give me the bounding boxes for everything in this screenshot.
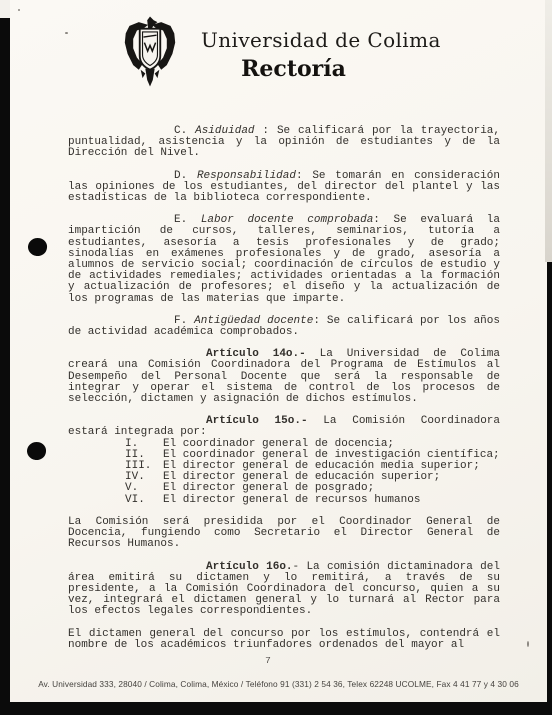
para-responsabilidad: D. Responsabilidad: Se tomarán en consid…	[68, 171, 500, 205]
scan-speck	[527, 641, 529, 647]
text-segment: Artículo 16o.	[206, 561, 293, 573]
list-item: V.El director general de posgrado;	[125, 483, 500, 494]
list-item: VI.El director general de recursos human…	[125, 495, 500, 506]
punch-hole-bottom	[26, 441, 47, 461]
articulo-15: Artículo 15o.- La Comisión Coordinadora …	[68, 416, 500, 438]
text-segment: Antigüedad docente	[194, 315, 313, 327]
university-name: Universidad de Colima	[201, 28, 441, 52]
text-segment: F.	[174, 315, 194, 327]
para-labor-docente: E. Labor docente comprobada: Se evaluará…	[68, 215, 500, 305]
document-body: C. Asiduidad : Se calificará por la tray…	[68, 126, 500, 662]
para-asiduidad: C. Asiduidad : Se calificará por la tray…	[68, 126, 500, 160]
punch-hole-top	[27, 237, 48, 257]
scan-edge-left-top	[0, 0, 10, 18]
text-segment: D.	[174, 170, 197, 182]
text-segment: Asiduidad	[195, 125, 254, 137]
scan-edge-right	[545, 0, 552, 262]
list-item-numeral: VI.	[125, 495, 163, 506]
para-comision-presidida: La Comisión será presidida por el Coordi…	[68, 517, 500, 551]
para-antiguedad: F. Antigüedad docente: Se calificará por…	[68, 316, 500, 338]
office-title: Rectoría	[201, 56, 386, 82]
text-segment: : Se evaluará la impartición de cursos, …	[68, 214, 500, 304]
document-page: Universidad de Colima Rectoría C. Asidui…	[10, 0, 547, 702]
text-segment: : Se calificará por la trayectoria, punt…	[68, 125, 500, 159]
text-segment: Artículo 15o.-	[206, 415, 308, 427]
page-number: 7	[248, 655, 288, 666]
text-segment: Responsabilidad	[197, 170, 296, 182]
text-segment: La Comisión será presidida por el Coordi…	[68, 516, 500, 550]
scan-speck	[65, 32, 68, 34]
scan-speck	[18, 9, 20, 11]
list-item-text: El director general de posgrado;	[163, 483, 500, 494]
list-item-text: El director general de recursos humanos	[163, 495, 500, 506]
text-segment: C.	[174, 125, 195, 137]
articulo-16: Artículo 16o.- La comisión dictaminadora…	[68, 562, 500, 618]
university-crest-eagle-shield-icon	[122, 16, 178, 88]
text-segment: Labor docente comprobada	[201, 214, 373, 226]
scanned-document-screenshot: { "header": { "university": "Universidad…	[0, 0, 552, 715]
comision-members-list: I.El coordinador general de docencia;II.…	[68, 439, 500, 506]
list-item-numeral: V.	[125, 483, 163, 494]
articulo-14: Artículo 14o.- La Universidad de Colima …	[68, 349, 500, 405]
text-segment: El dictamen general del concurso por los…	[68, 628, 500, 651]
text-segment: E.	[174, 214, 201, 226]
text-segment: Artículo 14o.-	[206, 348, 306, 360]
para-dictamen-general: El dictamen general del concurso por los…	[68, 629, 500, 651]
footer-address: Av. Universidad 333, 28040 / Colima, Col…	[10, 679, 547, 689]
